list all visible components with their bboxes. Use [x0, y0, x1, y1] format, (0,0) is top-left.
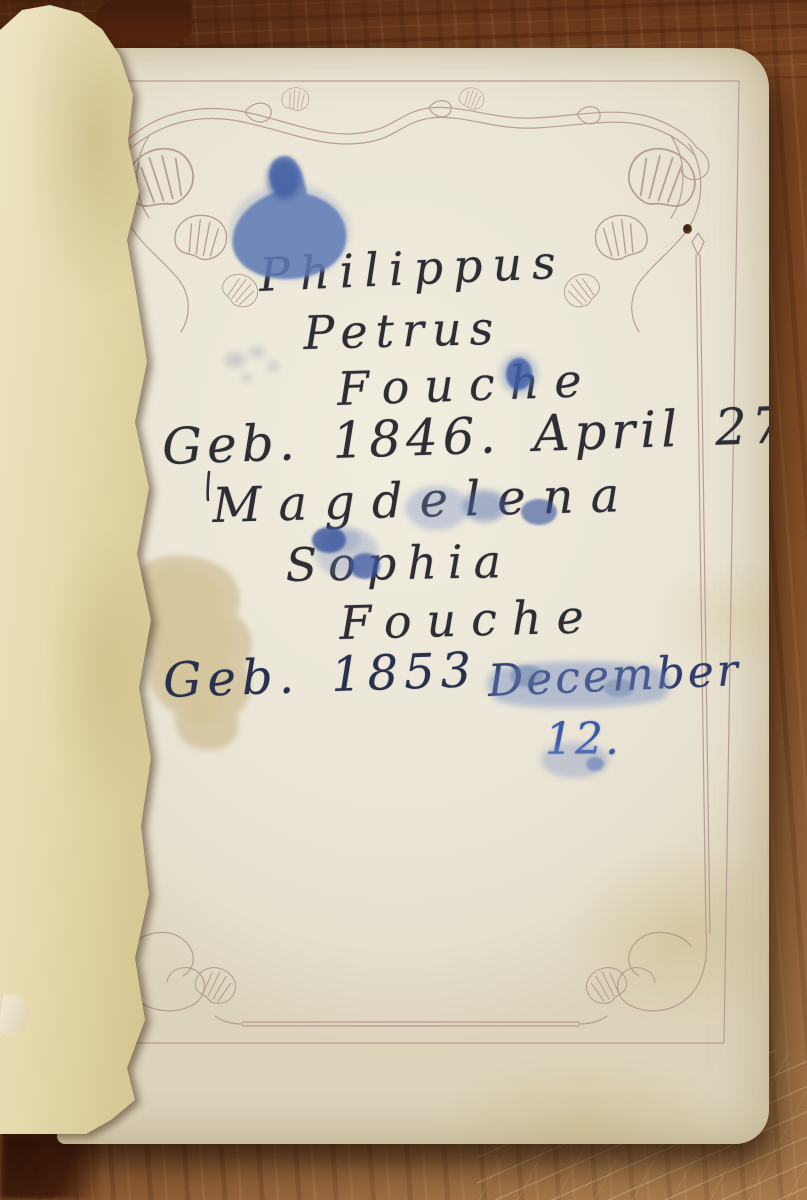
blot-on-fouche [500, 353, 538, 395]
large-ink-blot [230, 156, 350, 280]
wormhole-dot [683, 224, 692, 234]
blots-on-sophia [312, 527, 380, 579]
photo-of-book-page: { "page": { "records": [ { "name_lines":… [0, 0, 807, 1200]
faint-smudge-dabs [224, 346, 280, 383]
smudge-on-december [487, 661, 670, 707]
torn-page-edge [0, 0, 170, 1150]
torn-page-edge-paper [0, 0, 170, 1150]
scene: Philippus Petrus Fouche Geb. 1846. April… [0, 0, 807, 1200]
smudge-on-day [541, 742, 609, 778]
